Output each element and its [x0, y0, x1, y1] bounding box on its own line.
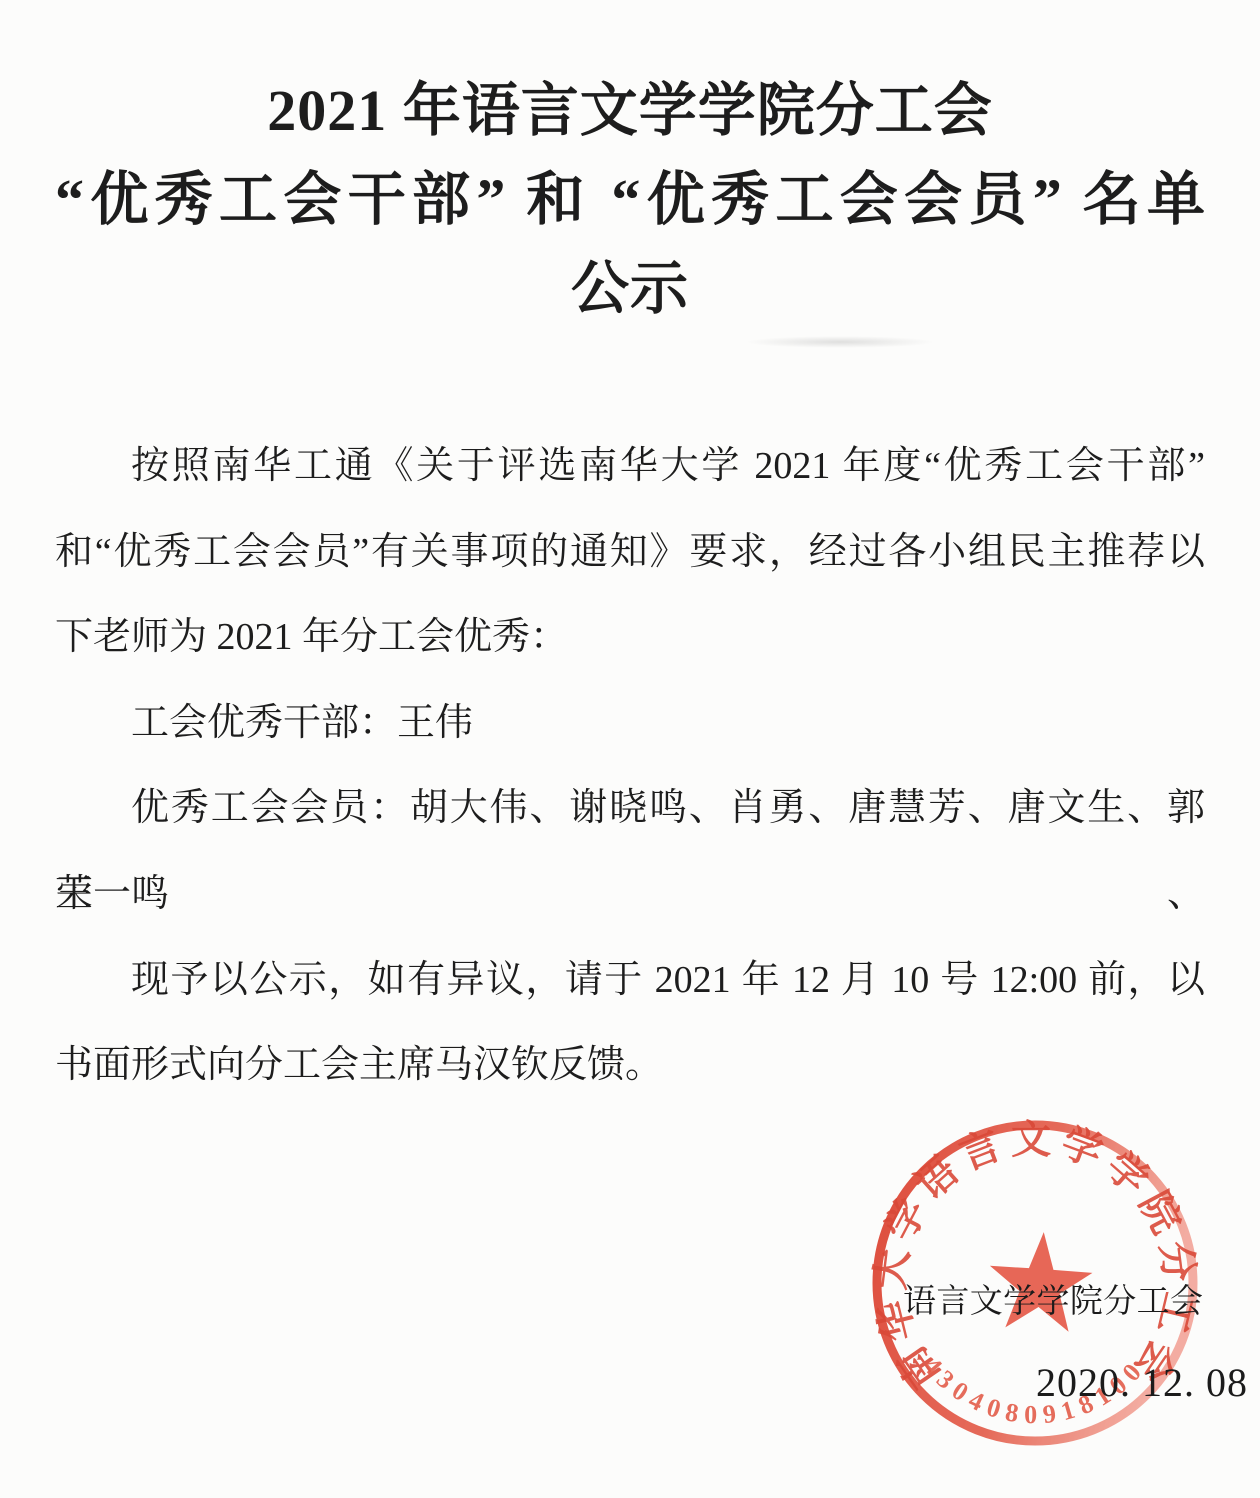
body-line-member-list: 优秀工会会员：胡大伟、谢晓鸣、肖勇、唐慧芳、唐文生、郭荣、 [55, 766, 1205, 852]
title-line-3: 公示 [55, 244, 1205, 333]
signature-date: 2020. 12. 08 [1036, 1360, 1248, 1406]
title-line-1: 2021 年语言文学学院分工会 [55, 66, 1205, 155]
body-line: 下老师为 2021 年分工会优秀： [55, 595, 1205, 681]
scan-smudge [745, 336, 935, 348]
document-body: 按照南华工通《关于评选南华大学 2021 年度“优秀工会干部” 和“优秀工会会员… [55, 424, 1205, 1109]
body-line: 按照南华工通《关于评选南华大学 2021 年度“优秀工会干部” [55, 424, 1205, 510]
body-line: 现予以公示，如有异议，请于 2021 年 12 月 10 号 12:00 前，以 [55, 938, 1205, 1024]
title-line-2: “优秀工会干部” 和 “优秀工会会员” 名单 [55, 155, 1205, 244]
announcement-document: 2021 年语言文学学院分工会 “优秀工会干部” 和 “优秀工会会员” 名单 公… [0, 0, 1260, 1498]
document-title: 2021 年语言文学学院分工会 “优秀工会干部” 和 “优秀工会会员” 名单 公… [55, 66, 1205, 333]
signature-organization: 语言文学学院分工会 [903, 1282, 1203, 1322]
body-line: 和“优秀工会会员”有关事项的通知》要求，经过各小组民主推荐以 [55, 510, 1205, 596]
body-line-cadre-list: 工会优秀干部：王伟 [55, 681, 1205, 767]
